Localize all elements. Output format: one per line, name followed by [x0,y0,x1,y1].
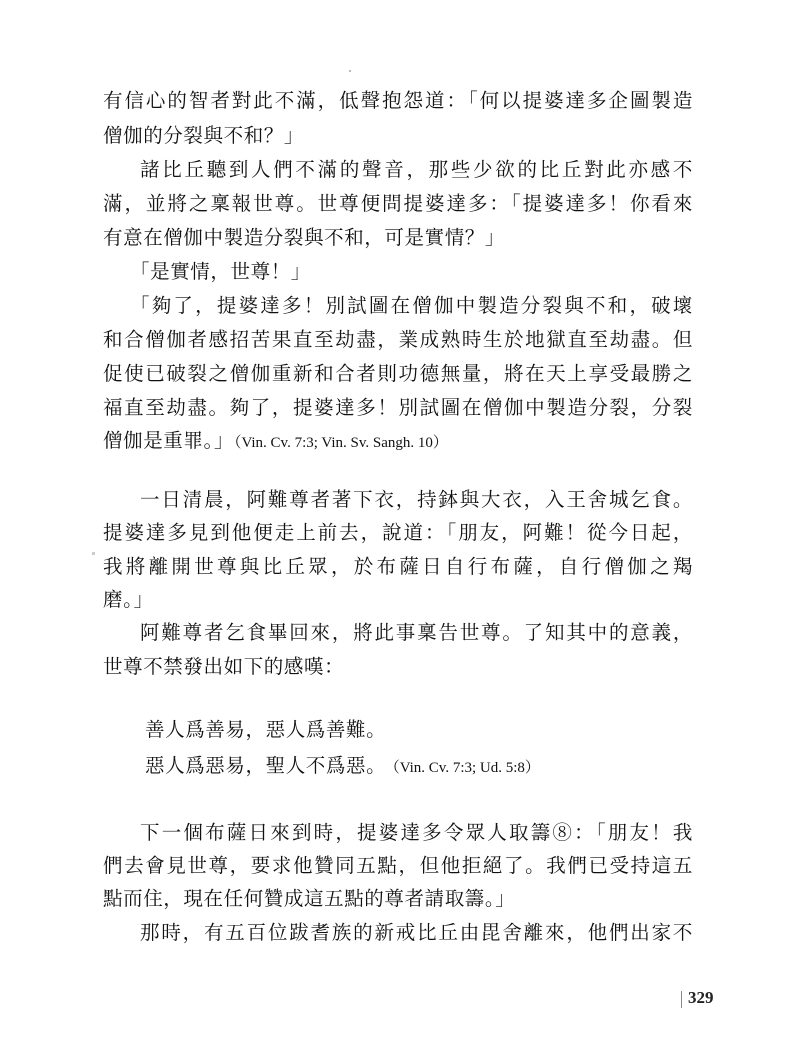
page-number-rule [681,991,682,1008]
page-number: 329 [688,988,714,1008]
text-line: 福直至劫盡。夠了，提婆達多！別試圖在僧伽中製造分裂，分裂 [103,396,693,420]
text-line: 阿難尊者乞食畢回來，將此事稟告世尊。了知其中的意義， [140,621,693,645]
text-line: 僧伽的分裂與不和？」 [103,124,693,148]
text-line: 滿，並將之稟報世尊。世尊便問提婆達多：「提婆達多！你看來 [103,192,693,216]
text-line: 有信心的智者對此不滿，低聲抱怨道：「何以提婆達多企圖製造 [103,89,693,113]
text-line: 一日清晨，阿難尊者著下衣，持鉢與大衣，入王舍城乞食。 [140,488,693,512]
citation: （Vin. Cv. 7:3; Ud. 5:8） [392,760,540,776]
text-line: 「是實情，世尊！」 [130,260,683,284]
citation: （Vin. Cv. 7:3; Vin. Sv. Sangh. 10） [234,435,448,451]
verse-line: 善人爲善易，惡人爲善難。 [145,718,386,742]
text-line: 促使已破裂之僧伽重新和合者則功德無量，將在天上享受最勝之 [103,362,693,386]
book-page: 有信心的智者對此不滿，低聲抱怨道：「何以提婆達多企圖製造 僧伽的分裂與不和？」 … [0,0,792,1056]
text-span: 惡人爲惡易，聖人不爲惡。 [145,754,386,777]
text-line: 「夠了，提婆達多！別試圖在僧伽中製造分裂與不和，破壞 [130,294,693,318]
text-line: 那時，有五百位跋耆族的新戒比丘由毘舍離來，他們出家不 [140,921,693,945]
text-line: 我將離開世尊與比丘眾，於布薩日自行布薩，自行僧伽之羯 [103,555,693,579]
scan-speck [92,552,95,555]
text-line: 磨。」 [103,588,693,612]
text-line: 僧伽是重罪。」（Vin. Cv. 7:3; Vin. Sv. Sangh. 10… [103,429,693,455]
text-line: 世尊不禁發出如下的感嘆： [103,655,693,679]
scan-speck [349,70,351,72]
text-line: 點而住，現在任何贊成這五點的尊者請取籌。」 [103,887,693,911]
text-line: 諸比丘聽到人們不滿的聲音，那些少欲的比丘對此亦感不 [140,158,693,182]
text-line: 提婆達多見到他便走上前去，說道：「朋友，阿難！從今日起， [103,521,693,545]
text-line: 下一個布薩日來到時，提婆達多令眾人取籌⑧：「朋友！我 [140,821,693,845]
text-line: 們去會見世尊，要求他贊同五點，但他拒絕了。我們已受持這五 [103,854,693,878]
text-span: 僧伽是重罪。」 [103,429,234,452]
text-line: 有意在僧伽中製造分裂與不和，可是實情？」 [103,226,693,250]
verse-line: 惡人爲惡易，聖人不爲惡。（Vin. Cv. 7:3; Ud. 5:8） [145,754,540,780]
text-line: 和合僧伽者感招苦果直至劫盡，業成熟時生於地獄直至劫盡。但 [103,328,693,352]
